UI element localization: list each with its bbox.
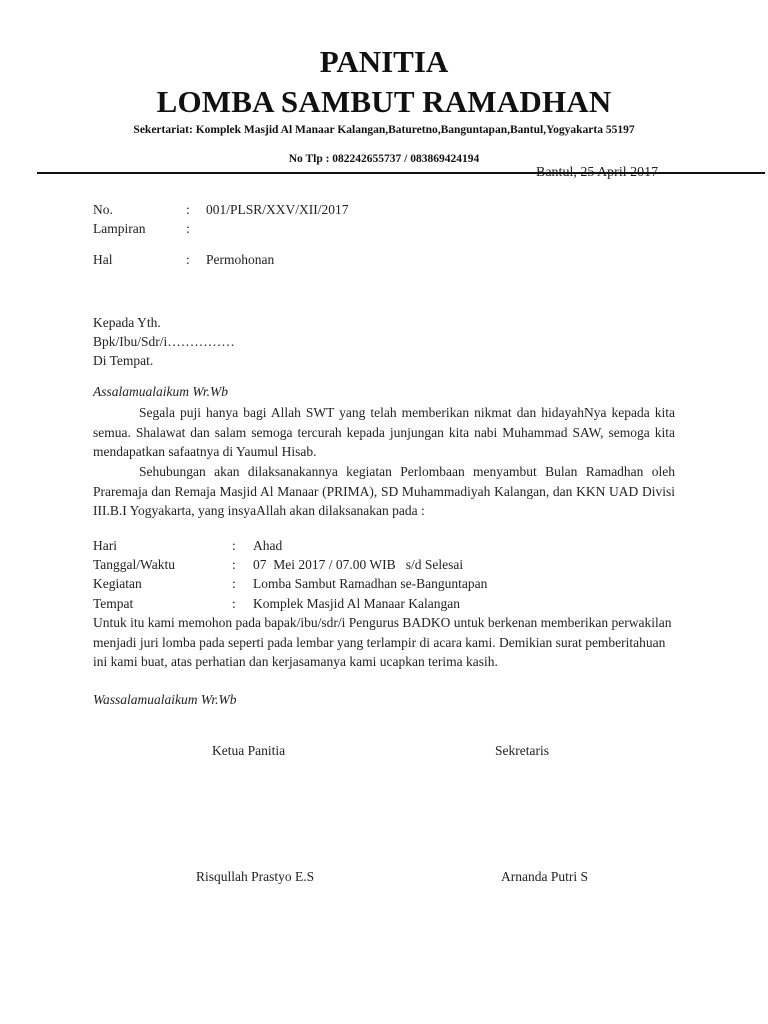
recipient-line-2: Bpk/Ibu/Sdr/i…………… bbox=[93, 333, 235, 351]
event-colon: : bbox=[232, 575, 236, 593]
recipient-line-3: Di Tempat. bbox=[93, 352, 153, 370]
event-value-place: Komplek Masjid Al Manaar Kalangan bbox=[253, 595, 460, 613]
recipient-line-1: Kepada Yth. bbox=[93, 314, 161, 332]
meta-label-subject: Hal bbox=[93, 251, 113, 269]
meta-colon: : bbox=[186, 251, 190, 269]
body-paragraph-1: Segala puji hanya bagi Allah SWT yang te… bbox=[93, 403, 675, 462]
body-paragraph-2: Sehubungan akan dilaksanakannya kegiatan… bbox=[93, 462, 675, 521]
secretary-name: Arnanda Putri S bbox=[501, 868, 588, 886]
event-colon: : bbox=[232, 595, 236, 613]
meta-label-number: No. bbox=[93, 201, 113, 219]
secretary-title: Sekretaris bbox=[495, 742, 549, 760]
event-label-place: Tempat bbox=[93, 595, 133, 613]
event-colon: : bbox=[232, 537, 236, 555]
event-label-activity: Kegiatan bbox=[93, 575, 142, 593]
meta-label-attachment: Lampiran bbox=[93, 220, 145, 238]
secretariat-address: Sekertariat: Komplek Masjid Al Manaar Ka… bbox=[0, 123, 768, 137]
event-label-datetime: Tanggal/Waktu bbox=[93, 556, 175, 574]
chairman-title: Ketua Panitia bbox=[212, 742, 285, 760]
event-title: LOMBA SAMBUT RAMADHAN bbox=[0, 84, 768, 120]
body-paragraph-3: Untuk itu kami memohon pada bapak/ibu/sd… bbox=[93, 613, 683, 672]
event-colon: : bbox=[232, 556, 236, 574]
phone-numbers: No Tlp : 082242655737 / 083869424194 bbox=[0, 152, 768, 166]
body-paragraph-2-text: Sehubungan akan dilaksanakannya kegiatan… bbox=[93, 464, 675, 518]
meta-value-number: 001/PLSR/XXV/XII/2017 bbox=[206, 201, 349, 219]
meta-colon: : bbox=[186, 220, 190, 238]
closing-greeting: Wassalamualaikum Wr.Wb bbox=[93, 691, 237, 709]
chairman-name: Risqullah Prastyo E.S bbox=[196, 868, 314, 886]
letterhead-divider bbox=[37, 172, 765, 174]
opening-greeting: Assalamualaikum Wr.Wb bbox=[93, 383, 228, 401]
meta-value-subject: Permohonan bbox=[206, 251, 274, 269]
event-value-datetime: 07 Mei 2017 / 07.00 WIB s/d Selesai bbox=[253, 556, 463, 574]
body-paragraph-1-text: Segala puji hanya bagi Allah SWT yang te… bbox=[93, 405, 675, 459]
event-value-day: Ahad bbox=[253, 537, 282, 555]
meta-colon: : bbox=[186, 201, 190, 219]
event-value-activity: Lomba Sambut Ramadhan se-Banguntapan bbox=[253, 575, 487, 593]
event-label-day: Hari bbox=[93, 537, 117, 555]
committee-title: PANITIA bbox=[0, 44, 768, 80]
